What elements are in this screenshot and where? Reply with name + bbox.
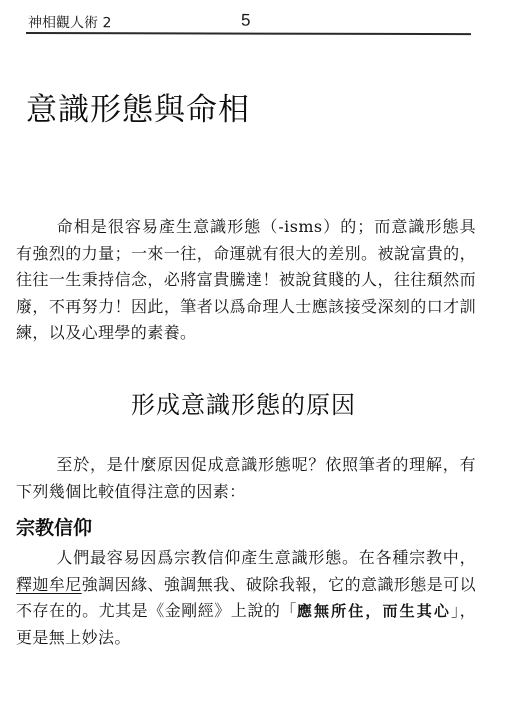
section-title: 形成意識形態的原因 <box>131 385 356 420</box>
subsection-heading: 宗教信仰 <box>16 513 92 540</box>
book-title: 神相觀人術 2 <box>28 12 111 32</box>
section-paragraph-text: 至於，是什麼原因促成意識形態呢？依照筆者的理解，有下列幾個比較值得注意的因素： <box>16 455 476 501</box>
page-number: 5 <box>241 11 251 31</box>
chapter-title: 意識形態與命相 <box>26 84 250 129</box>
subsection-paragraph: 人們最容易因爲宗教信仰產生意識形態。在各種宗教中，釋迦牟尼強調因緣、強調無我、破… <box>16 545 476 651</box>
section-paragraph: 至於，是什麼原因促成意識形態呢？依照筆者的理解，有下列幾個比較值得注意的因素： <box>16 452 476 505</box>
underlined-name: 釋迦牟尼 <box>16 575 82 594</box>
sutra-quote: 應無所住，而生其心 <box>297 602 451 620</box>
subsection-text-part1: 人們最容易因爲宗教信仰產生意識形態。在各種宗教中， <box>56 548 476 567</box>
running-header: 神相觀人術 2 5 <box>26 8 471 35</box>
intro-paragraph: 命相是很容易產生意識形態（-isms）的；而意識形態具有強烈的力量；一來一往，命… <box>16 214 476 347</box>
intro-paragraph-text: 命相是很容易產生意識形態（-isms）的；而意識形態具有強烈的力量；一來一往，命… <box>16 217 476 342</box>
